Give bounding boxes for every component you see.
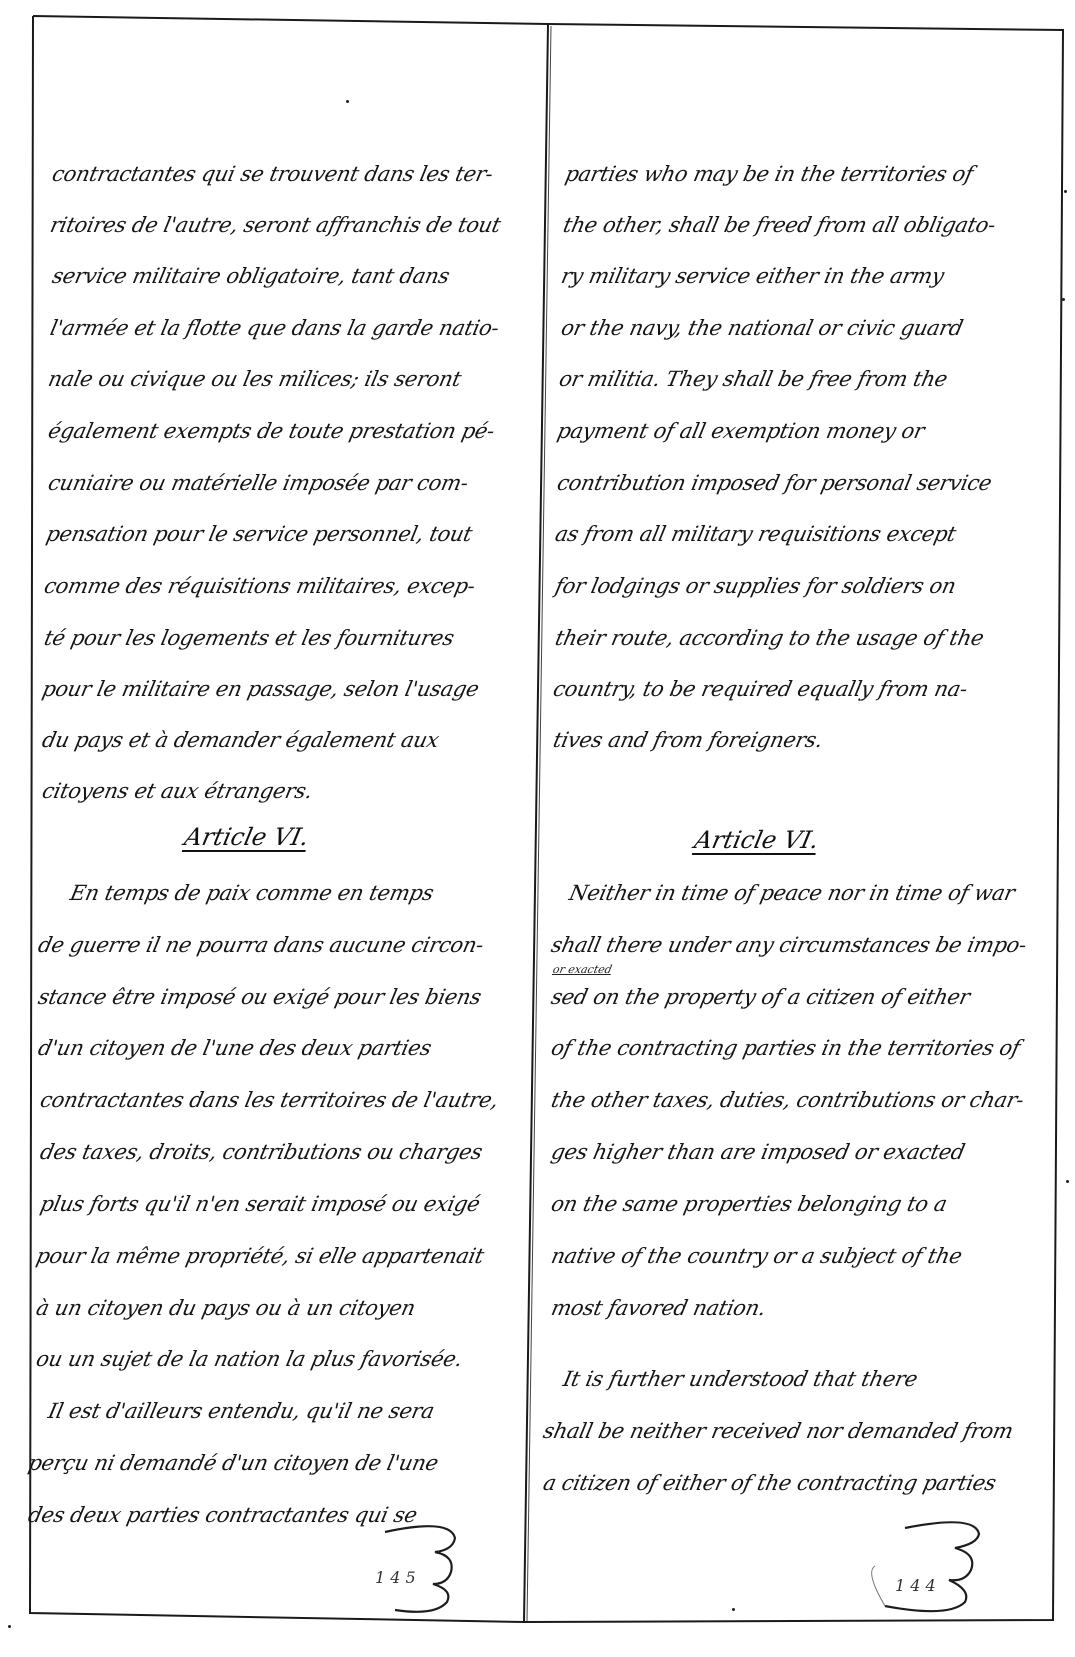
french-article-line: contractantes dans les territoires de l'…: [38, 1088, 500, 1112]
english-article-line: on the same properties belonging to a: [549, 1192, 949, 1216]
english-line: tives and from foreigners.: [551, 728, 825, 752]
english-article-line: shall be neither received nor demanded f…: [541, 1419, 1015, 1443]
scan-speck: [8, 1625, 11, 1628]
french-line: service militaire obligatoire, tant dans: [50, 264, 452, 288]
french-article-line: de guerre il ne pourra dans aucune circo…: [36, 933, 486, 957]
scan-speck: [1064, 190, 1067, 193]
english-line: parties who may be in the territories of: [563, 162, 975, 186]
french-article-line: En temps de paix comme en temps: [68, 881, 436, 905]
french-line: cuniaire ou matérielle imposée par com-: [46, 471, 470, 495]
french-article-line: des taxes, droits, contributions ou char…: [38, 1140, 484, 1164]
french-line: ritoires de l'autre, seront affranchis d…: [48, 213, 503, 237]
french-line: pensation pour le service personnel, tou…: [44, 522, 474, 546]
english-line: payment of all exemption money or: [555, 419, 927, 443]
english-line: country, to be required equally from na-: [551, 677, 970, 701]
folio-flourish-right: [845, 1510, 1005, 1620]
english-line: or militia. They shall be free from the: [557, 367, 950, 391]
english-article-line: a citizen of either of the contracting p…: [541, 1471, 998, 1495]
english-line: or the navy, the national or civic guard: [559, 316, 965, 340]
english-line: ry military service either in the army: [559, 264, 946, 288]
folio-number-right: 1 4 4: [895, 1576, 936, 1595]
french-line: contractantes qui se trouvent dans les t…: [50, 162, 495, 186]
french-line: pour le militaire en passage, selon l'us…: [40, 677, 481, 701]
english-article-line: of the contracting parties in the territ…: [549, 1036, 1022, 1060]
english-line: the other, shall be freed from all oblig…: [561, 213, 998, 237]
french-article-heading: Article VI.: [182, 823, 311, 851]
french-line: du pays et à demander également aux: [40, 728, 441, 752]
scan-speck: [1062, 298, 1065, 301]
english-line: their route, according to the usage of t…: [553, 626, 986, 650]
french-line: nale ou civique ou les milices; ils sero…: [46, 367, 463, 391]
english-line: for lodgings or supplies for soldiers on: [553, 574, 958, 598]
scan-speck: [1066, 1180, 1069, 1183]
english-article-line: shall there under any circumstances be i…: [549, 933, 1029, 957]
folio-flourish-left: [355, 1510, 475, 1620]
french-article-line: pour la même propriété, si elle apparten…: [34, 1244, 486, 1268]
french-line: l'armée et la flotte que dans la garde n…: [48, 316, 501, 340]
english-article-line: Neither in time of peace nor in time of …: [567, 881, 1017, 905]
interlinear-insertion: or exacted: [552, 963, 614, 976]
french-article-line: perçu ni demandé d'un citoyen de l'une: [26, 1451, 440, 1475]
french-article-line: à un citoyen du pays ou à un citoyen: [34, 1296, 417, 1320]
scan-speck: [100, 1511, 103, 1514]
french-article-line: ou un sujet de la nation la plus favoris…: [34, 1347, 465, 1371]
french-article-line: d'un citoyen de l'une des deux parties: [36, 1036, 433, 1060]
scan-speck: [732, 1608, 735, 1611]
manuscript-page: contractantes qui se trouvent dans les t…: [0, 0, 1075, 1657]
scan-speck: [346, 100, 349, 103]
french-line: citoyens et aux étrangers.: [40, 779, 315, 803]
english-article-line: the other taxes, duties, contributions o…: [549, 1088, 1026, 1112]
french-line: comme des réquisitions militaires, excep…: [42, 574, 477, 598]
french-line: également exempts de toute prestation pé…: [46, 419, 497, 443]
french-article-line: stance être imposé ou exigé pour les bie…: [36, 985, 483, 1009]
english-article-line: ges higher than are imposed or exacted: [549, 1140, 967, 1164]
english-article-line: sed on the property of a citizen of eith…: [549, 985, 972, 1009]
english-article-heading: Article VI.: [692, 826, 821, 854]
french-article-line: plus forts qu'il n'en serait imposé ou e…: [38, 1192, 482, 1216]
english-line: as from all military requisitions except: [553, 522, 958, 546]
french-article-line: Il est d'ailleurs entendu, qu'il ne sera: [46, 1399, 436, 1423]
english-article-line: It is further understood that there: [561, 1367, 920, 1391]
english-line: contribution imposed for personal servic…: [555, 471, 994, 495]
folio-number-left: 1 4 5: [375, 1568, 416, 1587]
french-line: té pour les logements et les fournitures: [42, 626, 456, 650]
english-article-line: most favored nation.: [549, 1296, 768, 1320]
english-article-line: native of the country or a subject of th…: [549, 1244, 964, 1268]
